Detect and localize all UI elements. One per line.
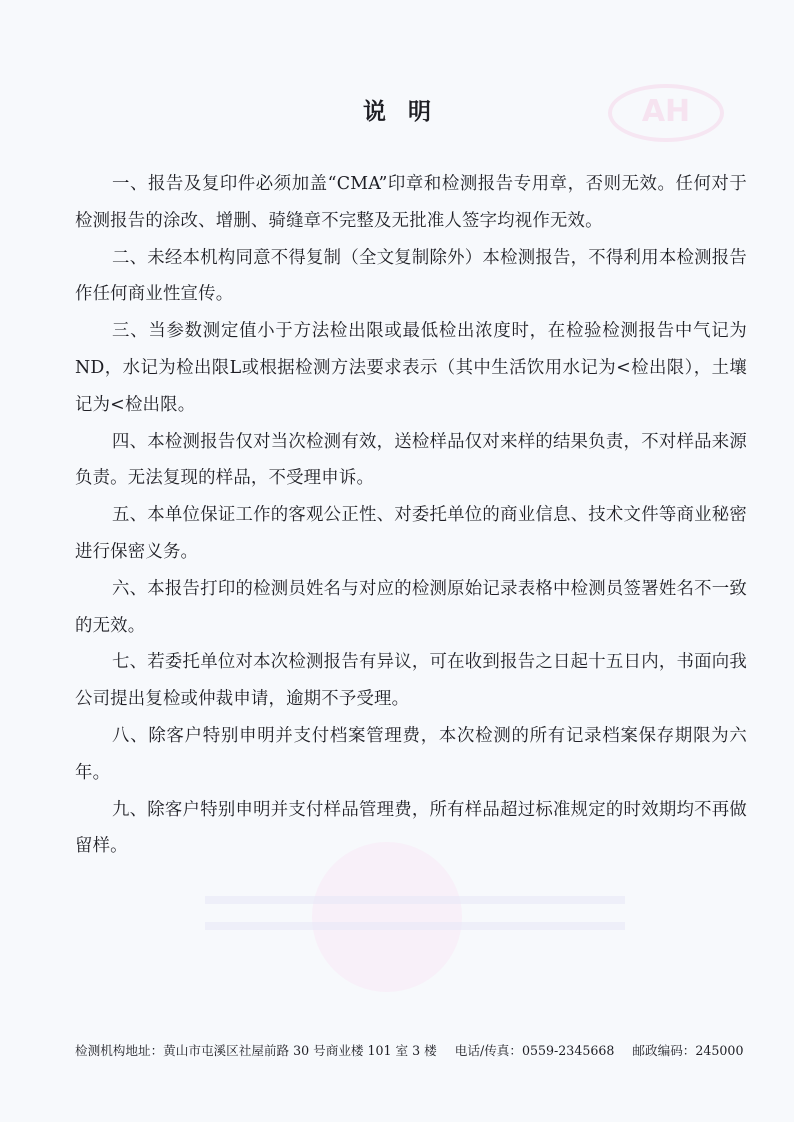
clause-3: 三、当参数测定值小于方法检出限或最低检出浓度时，在检验检测报告中气记为ND，水记…	[75, 313, 747, 423]
footer-phone: 电话/传真：0559-2345668	[455, 1043, 615, 1058]
document-body: 一、报告及复印件必须加盖“CMA”印章和检测报告专用章，否则无效。任何对于检测报…	[75, 166, 747, 865]
clause-4: 四、本检测报告仅对当次检测有效，送检样品仅对来样的结果负责，不对样品来源负责。无…	[75, 424, 747, 498]
clause-8: 八、除客户特别申明并支付档案管理费，本次检测的所有记录档案保存期限为六年。	[75, 718, 747, 792]
footer-postcode: 邮政编码：245000	[632, 1043, 743, 1058]
page-title: 说明	[0, 93, 794, 126]
clause-9: 九、除客户特别申明并支付样品管理费，所有样品超过标准规定的时效期均不再做留样。	[75, 792, 747, 866]
clause-7: 七、若委托单位对本次检测报告有异议，可在收到报告之日起十五日内，书面向我公司提出…	[75, 644, 747, 718]
footer-address: 检测机构地址：黄山市屯溪区社屋前路 30 号商业楼 101 室 3 楼	[75, 1043, 437, 1058]
document-page: AH 说明 一、报告及复印件必须加盖“CMA”印章和检测报告专用章，否则无效。任…	[0, 0, 794, 1122]
clause-1: 一、报告及复印件必须加盖“CMA”印章和检测报告专用章，否则无效。任何对于检测报…	[75, 166, 747, 240]
footer-contact: 检测机构地址：黄山市屯溪区社屋前路 30 号商业楼 101 室 3 楼 电话/传…	[75, 1040, 747, 1059]
clause-2: 二、未经本机构同意不得复制（全文复制除外）本检测报告，不得利用本检测报告作任何商…	[75, 240, 747, 314]
clause-6: 六、本报告打印的检测员姓名与对应的检测原始记录表格中检测员签署姓名不一致的无效。	[75, 571, 747, 645]
bleed-through-line	[205, 922, 625, 930]
bleed-through-line	[205, 896, 625, 904]
clause-5: 五、本单位保证工作的客观公正性、对委托单位的商业信息、技术文件等商业秘密进行保密…	[75, 497, 747, 571]
